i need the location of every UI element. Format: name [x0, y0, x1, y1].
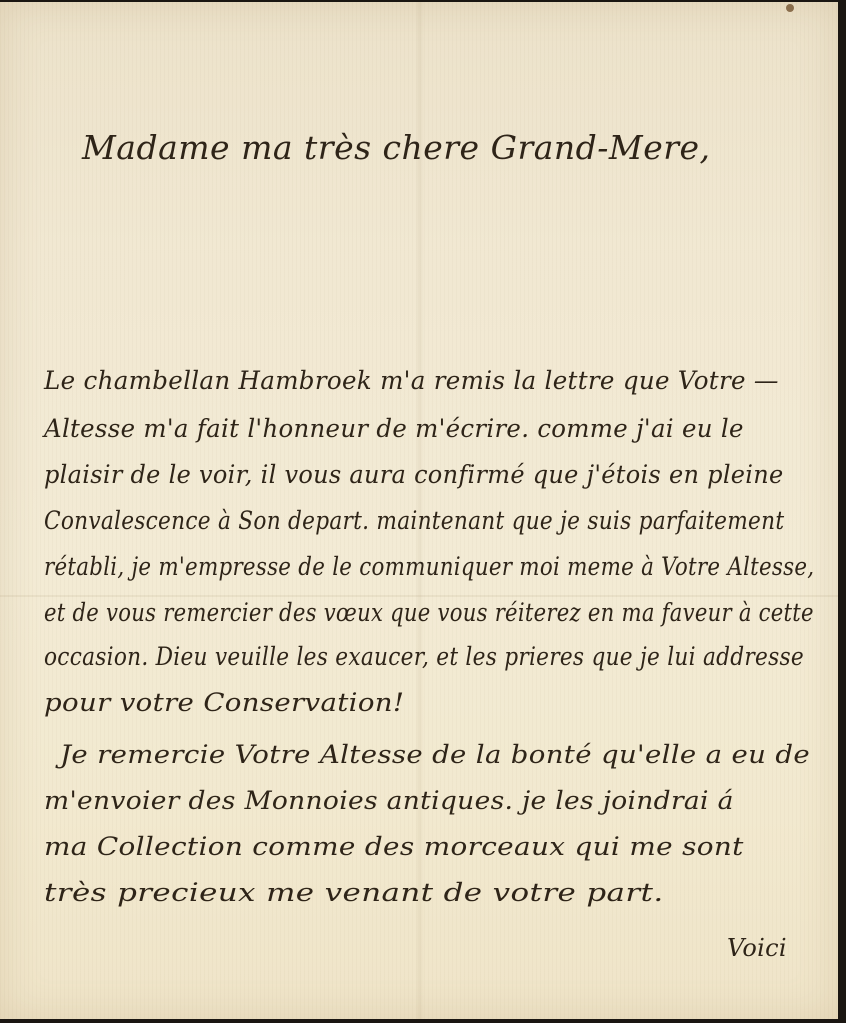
letter-page: Madame ma très chere Grand-Mere, Le cham… — [0, 2, 838, 1019]
letter-line: et de vous remercier des vœux que vous r… — [44, 598, 814, 627]
letter-line: très precieux me venant de votre part. — [44, 878, 664, 907]
letter-line: Le chambellan Hambroek m'a remis la lett… — [44, 366, 779, 395]
paper-fold — [0, 595, 838, 597]
letter-line: rétabli, je m'empresse de le communiquer… — [44, 552, 814, 581]
letter-line: Je remercie Votre Altesse de la bonté qu… — [60, 740, 810, 769]
letter-line: Convalescence à Son depart. maintenant q… — [44, 506, 784, 535]
letter-line: occasion. Dieu veuille les exaucer, et l… — [44, 642, 804, 671]
letter-line: pour votre Conservation! — [44, 688, 404, 717]
letter-line: Altesse m'a fait l'honneur de m'écrire. … — [44, 414, 744, 443]
letter-line: plaisir de le voir, il vous aura confirm… — [44, 460, 784, 489]
ink-spot — [786, 4, 794, 12]
letter-line: ma Collection comme des morceaux qui me … — [44, 832, 744, 861]
salutation: Madame ma très chere Grand-Mere, — [82, 128, 711, 167]
catchword: Voici — [727, 934, 787, 962]
letter-line: m'envoier des Monnoies antiques. je les … — [44, 786, 734, 815]
